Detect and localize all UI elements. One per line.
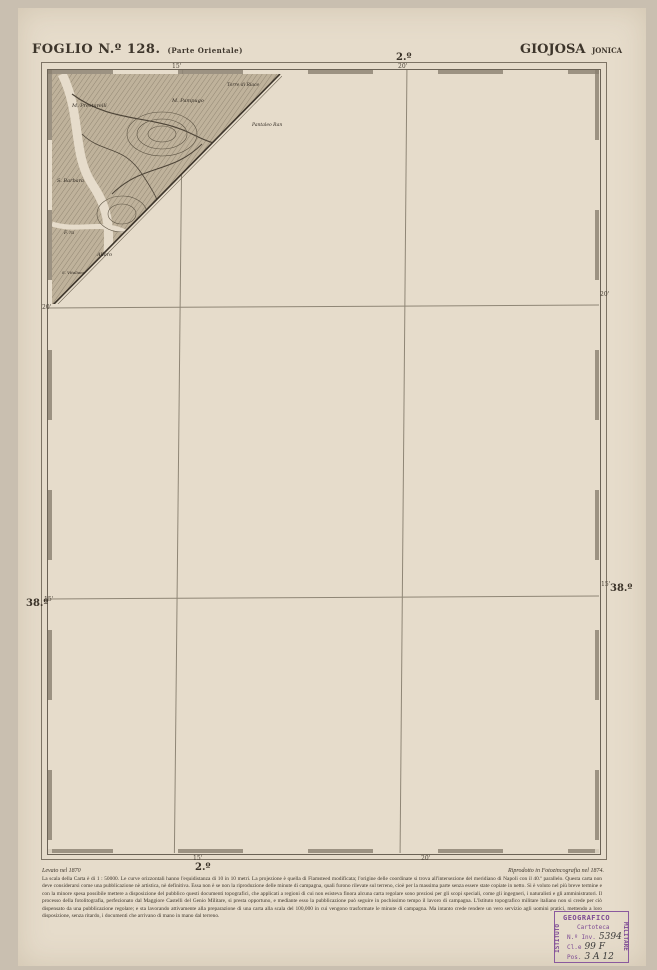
scale-band-bottom <box>48 849 599 853</box>
bottom-tick-20: 20' <box>421 855 430 862</box>
svg-text:F. ra: F. ra <box>63 230 74 236</box>
stamp-pos-value: 3 A 12 <box>584 952 613 962</box>
svg-text:M. Pampugo: M. Pampugo <box>171 98 204 104</box>
svg-text:S. Vitaliano: S. Vitaliano <box>62 270 86 275</box>
place-name: GIOJOSA <box>520 42 585 57</box>
stamp-inv-row: N.º Inv.5394 <box>567 932 622 942</box>
archive-stamp: GEOGRAFICO ISTITUTO MILITARE Cartoteca N… <box>554 911 629 963</box>
bottom-tick-15: 15' <box>193 855 202 862</box>
sheet-title: FOGLIO N.º 128. (Parte Orientale) <box>32 42 243 57</box>
stamp-cls-value: 99 F <box>584 942 605 952</box>
place-title: GIOJOSA JONICA <box>520 42 622 57</box>
stamp-top-text: GEOGRAFICO <box>563 914 610 922</box>
stamp-left-text: ISTITUTO <box>554 924 561 953</box>
stamp-inv-value: 5394 <box>599 932 622 942</box>
svg-text:S. Barbara: S. Barbara <box>57 178 84 184</box>
top-tick-15: 15' <box>172 63 181 70</box>
svg-text:M. Prestarelli: M. Prestarelli <box>71 103 107 109</box>
stamp-cartoteca: Cartoteca <box>577 924 610 931</box>
sheet-number: FOGLIO N.º 128. <box>32 42 161 57</box>
top-tick-20: 20' <box>398 63 407 70</box>
reproduction-note: Riprodotto in Fotozincografia nel 1874. <box>508 868 604 874</box>
svg-text:Torre di Riace: Torre di Riace <box>227 82 260 88</box>
svg-text:Pantaleo Ranieri: Pantaleo Ranieri <box>251 122 282 128</box>
stamp-pos-label: Pos. <box>567 954 581 961</box>
svg-text:Allaro: Allaro <box>96 252 112 258</box>
explanatory-notes: La scala della Carta è di 1 : 50000. Le … <box>42 876 602 920</box>
survey-date-note: Levato nel 1870 <box>42 868 81 874</box>
stamp-right-text: MILITARE <box>622 922 629 951</box>
right-tick-15: 15' <box>601 581 610 588</box>
latitude-label-left: 38.º <box>26 598 48 609</box>
longitude-label-top: 2.º <box>396 52 411 63</box>
scale-band-right <box>595 70 599 853</box>
right-tick-20: 20' <box>600 291 609 298</box>
terrain-map: M. Prestarelli M. Pampugo Torre di Riace… <box>52 74 282 304</box>
left-tick-20: 20' <box>42 304 51 311</box>
longitude-label-bottom: 2.º <box>195 862 210 873</box>
latitude-label-right: 38.º <box>610 583 632 594</box>
stamp-inv-label: N.º Inv. <box>567 934 596 941</box>
sheet-subtitle: (Parte Orientale) <box>168 46 243 55</box>
stamp-cls-label: Cl.e <box>567 944 581 951</box>
stamp-cls-row: Cl.e99 F <box>567 942 605 952</box>
stamp-pos-row: Pos.3 A 12 <box>567 952 614 962</box>
place-subtitle: JONICA <box>592 46 622 55</box>
